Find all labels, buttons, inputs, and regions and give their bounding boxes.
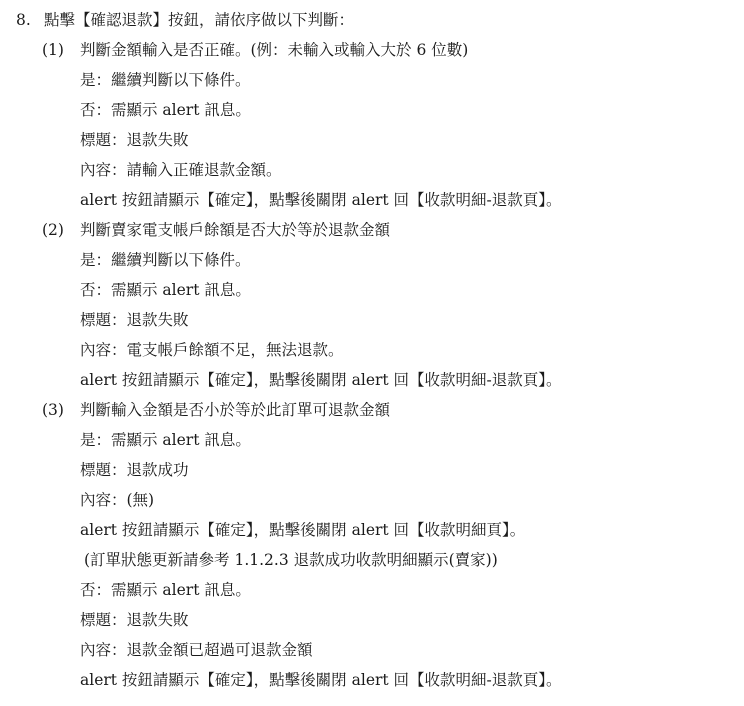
alert-button-line: alert 按鈕請顯示【確定】，點擊後關閉 alert 回【收款明細-退款頁】。 — [80, 185, 562, 215]
alert-content-line: 內容：退款金額已超過可退款金額 — [80, 635, 313, 665]
condition-line: 否：需顯示 alert 訊息。 — [80, 575, 251, 605]
alert-title-line: 標題：退款成功 — [80, 455, 189, 485]
condition-text: 判斷輸入金額是否小於等於此訂單可退款金額 — [80, 395, 390, 425]
alert-content-line: 內容：(無) — [80, 485, 154, 515]
condition-line: 是：繼續判斷以下條件。 — [80, 65, 251, 95]
step-number: 8. — [16, 5, 31, 35]
alert-button-line: alert 按鈕請顯示【確定】，點擊後關閉 alert 回【收款明細-退款頁】。 — [80, 665, 562, 695]
reference-note: (訂單狀態更新請參考 1.1.2.3 退款成功收款明細顯示(賣家)) — [84, 545, 498, 575]
step-text: 點擊【確認退款】按鈕，請依序做以下判斷： — [44, 5, 354, 35]
alert-button-line: alert 按鈕請顯示【確定】，點擊後關閉 alert 回【收款明細頁】。 — [80, 515, 525, 545]
condition-text: 判斷賣家電支帳戶餘額是否大於等於退款金額 — [80, 215, 390, 245]
condition-line: 否：需顯示 alert 訊息。 — [80, 275, 251, 305]
alert-button-line: alert 按鈕請顯示【確定】，點擊後關閉 alert 回【收款明細-退款頁】。 — [80, 365, 562, 395]
condition-line: 是：需顯示 alert 訊息。 — [80, 425, 251, 455]
condition-line: 是：繼續判斷以下條件。 — [80, 245, 251, 275]
condition-marker: (2) — [42, 215, 64, 245]
alert-content-line: 內容：請輸入正確退款金額。 — [80, 155, 282, 185]
condition-line: 否：需顯示 alert 訊息。 — [80, 95, 251, 125]
alert-title-line: 標題：退款失敗 — [80, 305, 189, 335]
condition-marker: (3) — [42, 395, 64, 425]
condition-text: 判斷金額輸入是否正確。(例：未輸入或輸入大於 6 位數) — [80, 35, 468, 65]
alert-content-line: 內容：電支帳戶餘額不足，無法退款。 — [80, 335, 344, 365]
condition-marker: (1) — [42, 35, 64, 65]
alert-title-line: 標題：退款失敗 — [80, 605, 189, 635]
alert-title-line: 標題：退款失敗 — [80, 125, 189, 155]
